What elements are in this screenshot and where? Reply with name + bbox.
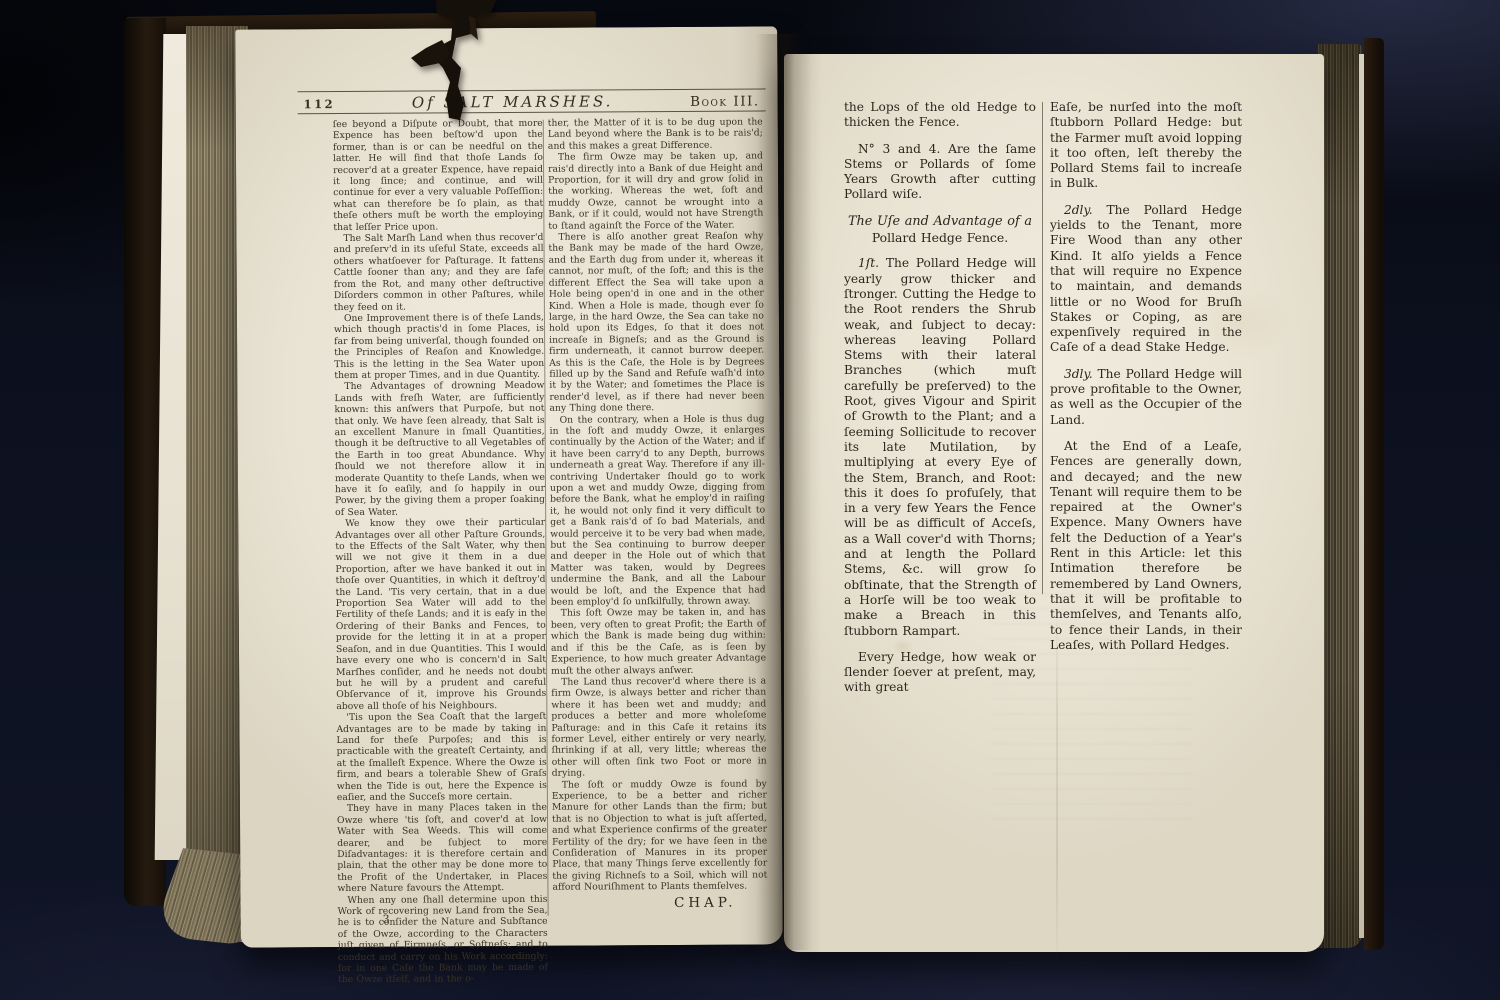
running-header: 112 Of SALT MARSHES. Book III. [298,89,766,113]
paragraph: There is alſo another great Reaſon why t… [548,231,764,415]
left-page-columns: ſee beyond a Diſpute or Doubt, that more… [298,116,771,919]
paragraph: On the contrary, when a Hole is thus dug… [550,413,766,608]
paragraph-lead: 2dly. [1064,203,1093,217]
paragraph: The Advantages of drowning Meadow Lands … [334,380,545,518]
paragraph: the Lops of the old Hedge to thicken the… [844,100,1036,131]
right-page-text-block: the Lops of the old Hedge to thicken the… [844,100,1242,660]
paragraph-lead: 1ſt. [858,256,879,270]
page-number: 112 [304,97,336,111]
signature-mark: 3 [383,913,390,926]
paragraph: When any one ſhall determine upon this W… [337,893,548,986]
paragraph: This ſoft Owze may be taken in, and has … [551,607,766,677]
paragraph: The Land thus recover'd where there is a… [551,675,767,779]
paragraph: N° 3 and 4. Are the ſame Stems or Pollar… [844,142,1036,203]
paragraph-text: The Pollard Hedge will yearly grow thick… [844,256,1036,637]
right-page: the Lops of the old Hedge to thicken the… [784,54,1324,952]
paragraph: The Salt Marſh Land when thus recover'd … [333,232,543,313]
paragraph: They have in many Places taken in the Ow… [337,802,548,895]
book-label: Book III. [690,93,760,109]
paragraph: One Improvement there is of theſe Lands,… [334,312,544,382]
section-heading-line1: The Uſe and Advantage of a [844,214,1036,229]
catchword: CHAP. [674,895,737,911]
paragraph: 'Tis upon the Sea Coaſt that the largeſt… [336,711,547,804]
left-page-column-2: ther, the Matter of it is to be dug upon… [548,116,768,893]
paragraph: We know they owe their particular Advant… [335,517,546,712]
paragraph: ther, the Matter of it is to be dug upon… [548,116,763,152]
paragraph-text: The Pollard Hedge yields to the Tenant, … [1050,203,1242,355]
photo-of-open-book: 112 Of SALT MARSHES. Book III. ſee beyon… [0,0,1500,1000]
right-page-columns: the Lops of the old Hedge to thicken the… [844,100,1242,660]
page-crease [1056,594,1058,974]
left-page: 112 Of SALT MARSHES. Book III. ſee beyon… [235,26,783,947]
metal-clasp-icon [406,0,508,126]
book-cover-right [1364,38,1384,950]
paragraph-lead: 3dly. [1064,367,1093,381]
right-page-column-2: Eaſe, be nurſed into the moſt ſtubborn P… [1050,100,1242,653]
section-heading: The Uſe and Advantage of a Pollard Hedge… [844,214,1036,246]
paragraph: The firm Owze may be taken up, and rais'… [548,151,763,232]
column-divider [1042,102,1043,594]
paragraph-lead: N° 3 and 4. [858,142,940,156]
left-page-column-1: ſee beyond a Diſpute or Doubt, that more… [333,118,548,986]
fore-edge-right [1318,44,1362,948]
paragraph: The ſoft or muddy Owze is found by Exper… [552,778,768,893]
paragraph: 1ſt. The Pollard Hedge will yearly grow … [844,256,1036,638]
paragraph: ſee beyond a Diſpute or Doubt, that more… [333,118,544,233]
paragraph: Eaſe, be nurſed into the moſt ſtubborn P… [1050,100,1242,192]
left-page-text-block: 112 Of SALT MARSHES. Book III. ſee beyon… [298,88,771,919]
ink-bleed-through [992,590,1192,820]
paragraph: 3dly. The Pollard Hedge will prove profi… [1050,367,1242,428]
paragraph: 2dly. The Pollard Hedge yields to the Te… [1050,203,1242,356]
section-heading-line2: Pollard Hedge Fence. [844,230,1036,245]
